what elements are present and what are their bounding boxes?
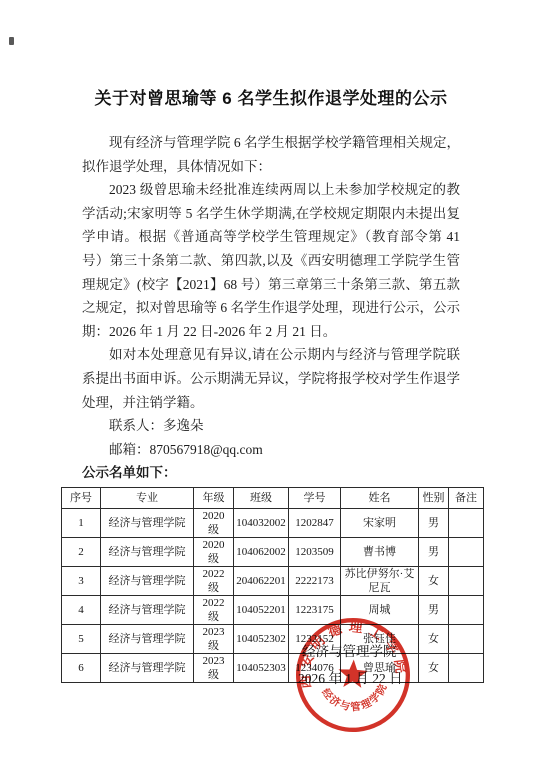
cell-index: 2 [62,537,101,566]
page-title: 关于对曾思瑜等 6 名学生拟作退学处理的公示 [82,84,460,109]
cell-index: 4 [62,595,101,624]
cell-remark [449,508,484,537]
cell-remark [449,624,484,653]
paragraph-intro: 现有经济与管理学院 6 名学生根据学校学籍管理相关规定，拟作退学处理，具体情况如… [82,131,460,178]
cell-grade: 2023 级 [194,624,234,653]
cell-name: 苏比伊努尔·艾尼瓦 [341,566,419,595]
table-row: 5 经济与管理学院 2023 级 104052302 1232152 张钰佳 女 [62,624,484,653]
col-header-gender: 性别 [419,487,449,508]
table-header-row: 序号 专业 年级 班级 学号 姓名 性别 备注 [62,487,484,508]
cell-index: 1 [62,508,101,537]
cell-class: 204062201 [234,566,289,595]
contact-person-line: 联系人：多逸朵 [82,414,460,438]
cell-major: 经济与管理学院 [101,566,194,595]
cell-gender: 女 [419,624,449,653]
col-header-remark: 备注 [449,487,484,508]
cell-major: 经济与管理学院 [101,508,194,537]
col-header-name: 姓名 [341,487,419,508]
cell-major: 经济与管理学院 [101,595,194,624]
cell-grade: 2020 级 [194,537,234,566]
table-row: 2 经济与管理学院 2020 级 104062002 1203509 曹书博 男 [62,537,484,566]
scan-ink-mark [9,37,14,45]
table-row: 3 经济与管理学院 2022 级 204062201 2222173 苏比伊努尔… [62,566,484,595]
col-header-grade: 年级 [194,487,234,508]
svg-text:经济与管理学院: 经济与管理学院 [318,679,392,716]
official-red-seal: 西安明德理工学院 经济与管理学院 [287,609,419,741]
cell-gender: 女 [419,653,449,682]
cell-major: 经济与管理学院 [101,653,194,682]
col-header-class: 班级 [234,487,289,508]
paragraph-appeal: 如对本处理意见有异议,请在公示期内与经济与管理学院联系提出书面申诉。公示期满无异… [82,343,460,414]
cell-class: 104062002 [234,537,289,566]
cell-student-id: 1202847 [289,508,341,537]
cell-remark [449,537,484,566]
cell-grade: 2020 级 [194,508,234,537]
cell-class: 104052201 [234,595,289,624]
cell-index: 6 [62,653,101,682]
cell-name: 曹书博 [341,537,419,566]
cell-index: 3 [62,566,101,595]
table-row: 1 经济与管理学院 2020 级 104032002 1202847 宋家明 男 [62,508,484,537]
col-header-major: 专业 [101,487,194,508]
table-row: 4 经济与管理学院 2022 级 104052201 1223175 周城 男 [62,595,484,624]
cell-major: 经济与管理学院 [101,624,194,653]
student-roster-table: 序号 专业 年级 班级 学号 姓名 性别 备注 1 经济与管理学院 2020 级… [61,487,484,683]
seal-star-icon [338,659,369,688]
cell-class: 104052302 [234,624,289,653]
paragraph-details: 2023 级曾思瑜未经批准连续两周以上未参加学校规定的教学活动;宋家明等 5 名… [82,178,460,343]
cell-index: 5 [62,624,101,653]
col-header-index: 序号 [62,487,101,508]
cell-name: 宋家明 [341,508,419,537]
cell-remark [449,566,484,595]
seal-bottom-text: 经济与管理学院 [318,679,392,716]
cell-student-id: 1203509 [289,537,341,566]
contact-email-line: 邮箱：870567918@qq.com [82,438,460,462]
table-row: 6 经济与管理学院 2023 级 104052303 1234076 曾思瑜 女 [62,653,484,682]
roster-label: 公示名单如下： [82,461,460,485]
col-header-student-id: 学号 [289,487,341,508]
cell-grade: 2023 级 [194,653,234,682]
cell-gender: 男 [419,595,449,624]
notice-document-page: 关于对曾思瑜等 6 名学生拟作退学处理的公示 现有经济与管理学院 6 名学生根据… [0,0,542,768]
cell-remark [449,653,484,682]
cell-major: 经济与管理学院 [101,537,194,566]
cell-remark [449,595,484,624]
document-body: 关于对曾思瑜等 6 名学生拟作退学处理的公示 现有经济与管理学院 6 名学生根据… [82,84,460,683]
cell-gender: 男 [419,537,449,566]
cell-class: 104052303 [234,653,289,682]
cell-class: 104032002 [234,508,289,537]
cell-grade: 2022 级 [194,595,234,624]
cell-grade: 2022 级 [194,566,234,595]
cell-gender: 女 [419,566,449,595]
cell-student-id: 2222173 [289,566,341,595]
cell-gender: 男 [419,508,449,537]
